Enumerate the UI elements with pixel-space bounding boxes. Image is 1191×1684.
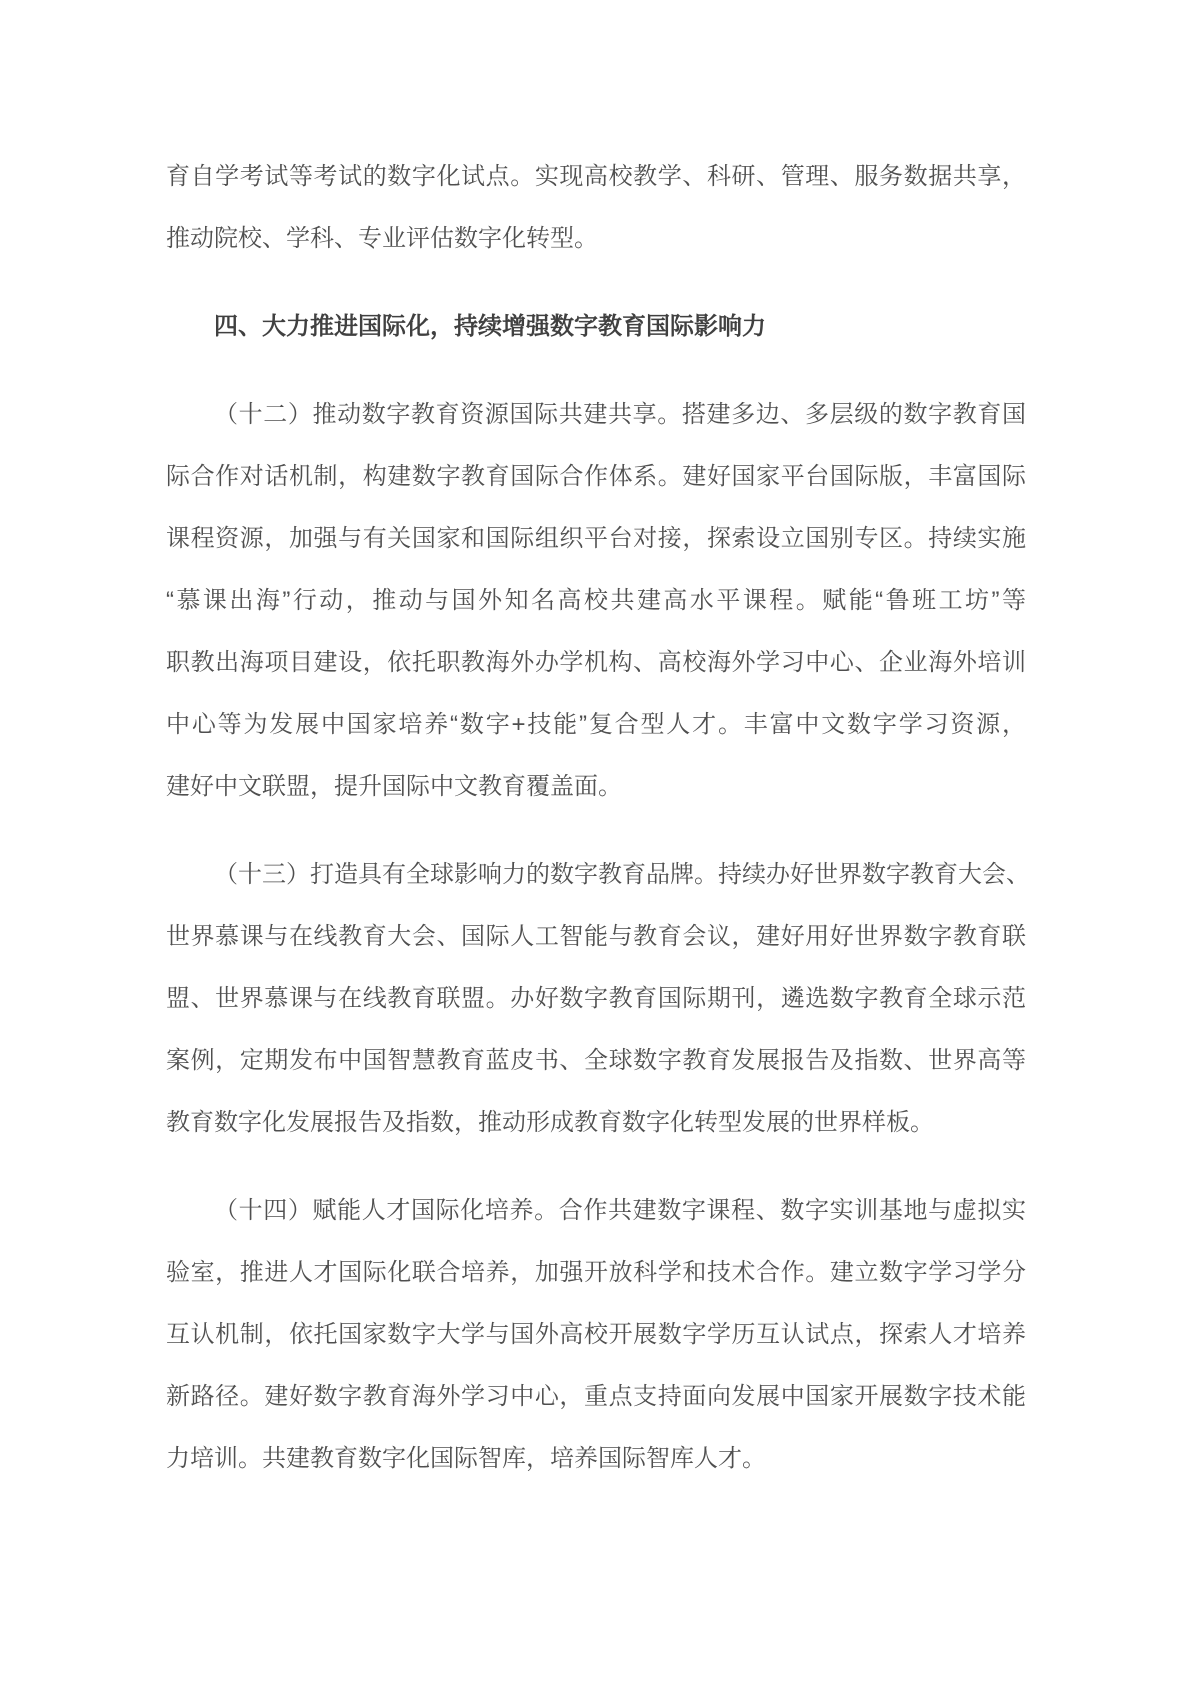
heading-text-line: 四、大力推进国际化，持续增强数字教育国际影响力: [166, 296, 1026, 358]
text-line: 盟、世界慕课与在线教育联盟。办好数字教育国际期刊，遴选数字教育全球示范: [166, 968, 1026, 1030]
text-line: （十三）打造具有全球影响力的数字教育品牌。持续办好世界数字教育大会、: [166, 844, 1026, 906]
section-heading: 四、大力推进国际化，持续增强数字教育国际影响力: [166, 296, 1026, 358]
text-line: 职教出海项目建设，依托职教海外办学机构、高校海外学习中心、企业海外培训: [166, 632, 1026, 694]
paragraph: （十三）打造具有全球影响力的数字教育品牌。持续办好世界数字教育大会、世界慕课与在…: [166, 844, 1026, 1154]
text-line: 力培训。共建教育数字化国际智库，培养国际智库人才。: [166, 1428, 1026, 1490]
document-page: 育自学考试等考试的数字化试点。实现高校教学、科研、管理、服务数据共享，推动院校、…: [0, 0, 1191, 1684]
text-line: 验室，推进人才国际化联合培养，加强开放科学和技术合作。建立数字学习学分: [166, 1242, 1026, 1304]
text-line: 际合作对话机制，构建数字教育国际合作体系。建好国家平台国际版，丰富国际: [166, 446, 1026, 508]
text-line: 推动院校、学科、专业评估数字化转型。: [166, 208, 1026, 270]
text-line: （十二）推动数字教育资源国际共建共享。搭建多边、多层级的数字教育国: [166, 384, 1026, 446]
text-line: 案例，定期发布中国智慧教育蓝皮书、全球数字教育发展报告及指数、世界高等: [166, 1030, 1026, 1092]
text-line: 互认机制，依托国家数字大学与国外高校开展数字学历互认试点，探索人才培养: [166, 1304, 1026, 1366]
text-line: “慕课出海”行动，推动与国外知名高校共建高水平课程。赋能“鲁班工坊”等: [166, 570, 1026, 632]
text-line: （十四）赋能人才国际化培养。合作共建数字课程、数字实训基地与虚拟实: [166, 1180, 1026, 1242]
text-line: 教育数字化发展报告及指数，推动形成教育数字化转型发展的世界样板。: [166, 1092, 1026, 1154]
article-body: 育自学考试等考试的数字化试点。实现高校教学、科研、管理、服务数据共享，推动院校、…: [166, 146, 1026, 1516]
paragraph: 育自学考试等考试的数字化试点。实现高校教学、科研、管理、服务数据共享，推动院校、…: [166, 146, 1026, 270]
paragraph: （十四）赋能人才国际化培养。合作共建数字课程、数字实训基地与虚拟实验室，推进人才…: [166, 1180, 1026, 1490]
text-line: 中心等为发展中国家培养“数字+技能”复合型人才。丰富中文数字学习资源，: [166, 694, 1026, 756]
text-line: 课程资源，加强与有关国家和国际组织平台对接，探索设立国别专区。持续实施: [166, 508, 1026, 570]
text-line: 世界慕课与在线教育大会、国际人工智能与教育会议，建好用好世界数字教育联: [166, 906, 1026, 968]
text-line: 育自学考试等考试的数字化试点。实现高校教学、科研、管理、服务数据共享，: [166, 146, 1026, 208]
paragraph: （十二）推动数字教育资源国际共建共享。搭建多边、多层级的数字教育国际合作对话机制…: [166, 384, 1026, 818]
text-line: 建好中文联盟，提升国际中文教育覆盖面。: [166, 756, 1026, 818]
text-line: 新路径。建好数字教育海外学习中心，重点支持面向发展中国家开展数字技术能: [166, 1366, 1026, 1428]
